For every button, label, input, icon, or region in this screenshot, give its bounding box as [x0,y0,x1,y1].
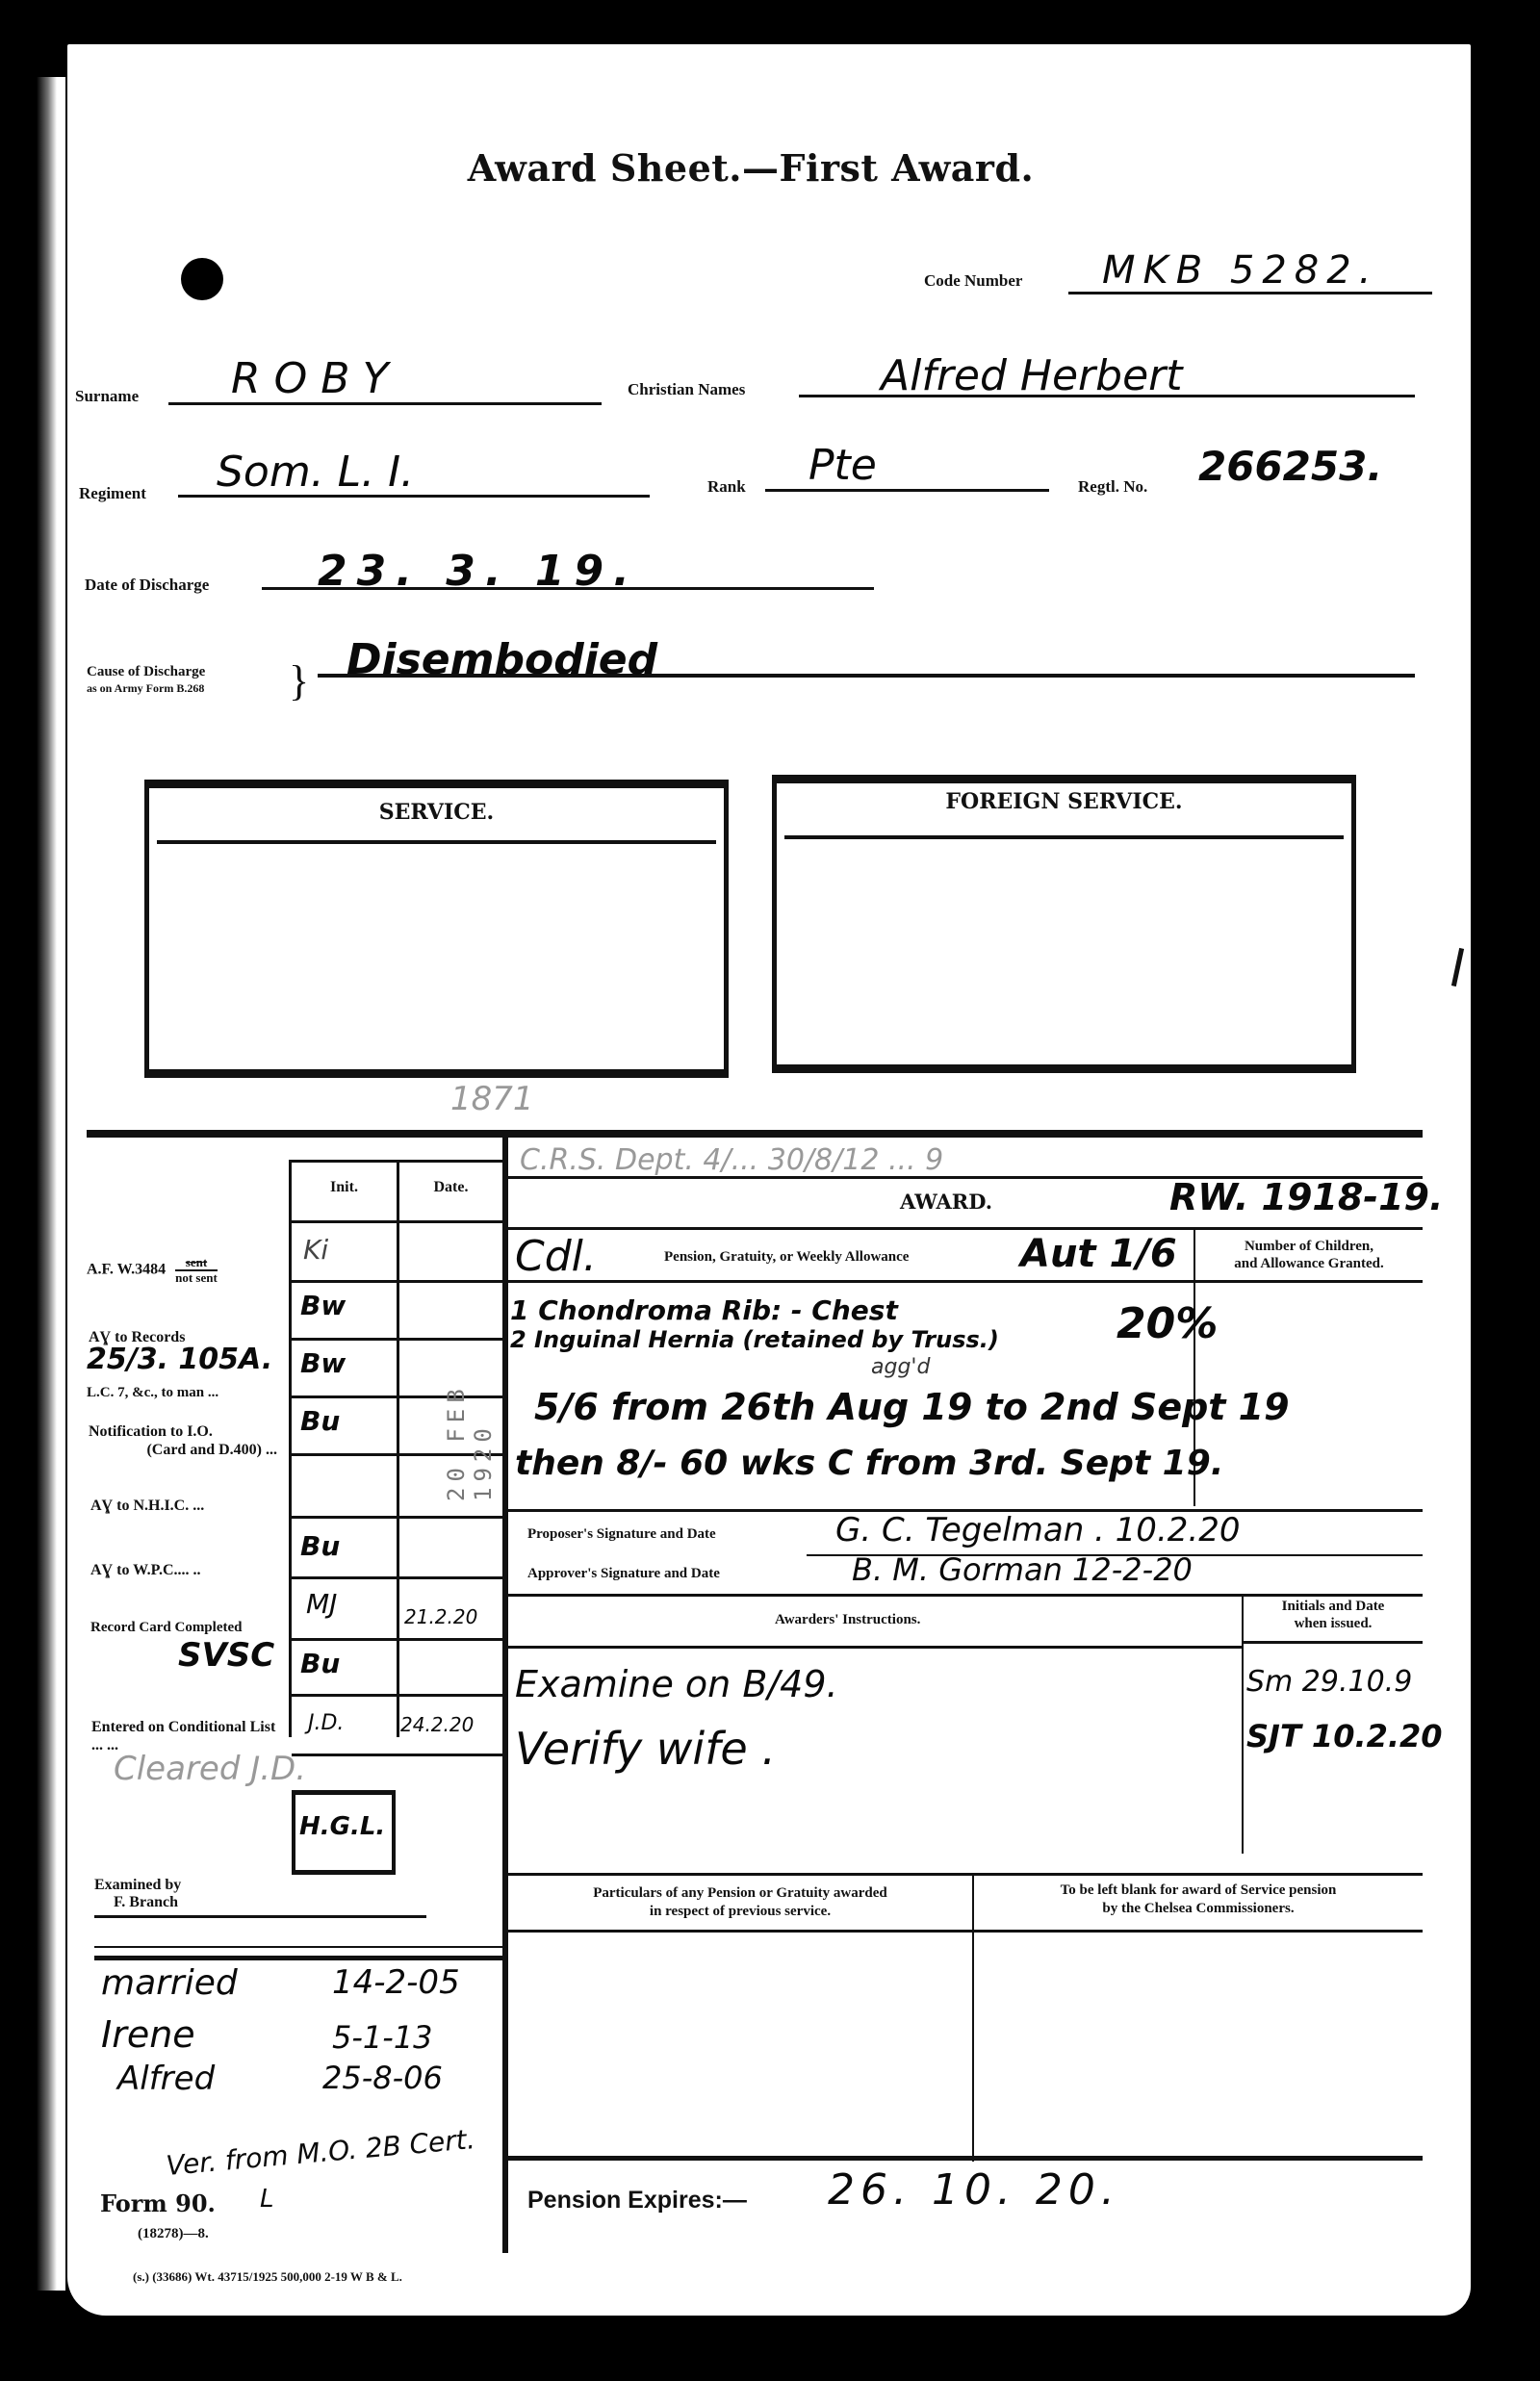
disability-percent: 20% [1116,1299,1218,1348]
regtl-no-label: Regtl. No. [1078,477,1147,497]
foreign-service-box-rule [784,835,1344,839]
code-number-label: Code Number [924,271,1022,291]
rank-label: Rank [707,477,746,497]
child-dob: 25-8-06 [322,2060,443,2096]
child-name: Alfred [117,2060,215,2098]
proposer-signature: G. C. Tegelman . 10.2.20 [835,1511,1240,1549]
regtl-no-value: 266253. [1198,443,1382,490]
service-box-title: SERVICE. [149,800,724,825]
cause-of-discharge-value: Disembodied [346,635,657,684]
row-rule [292,1754,502,1756]
award-header: AWARD. [900,1190,992,1214]
award-year-note: RW. 1918-19. [1169,1176,1443,1218]
award-header-rule [508,1227,1423,1230]
agg-note: agg'd [871,1355,930,1379]
surname-value: ROBY [231,354,402,403]
foreign-service-box-title: FOREIGN SERVICE. [777,789,1351,814]
main-divider [87,1130,1423,1138]
children-rule [1195,1280,1423,1283]
proposer-label: Proposer's Signature and Date [527,1526,716,1543]
date-of-discharge-value: 23. 3. 19. [318,547,639,596]
chelsea-header: To be left blank for award of Service pe… [976,1882,1421,1918]
init-value: Bw [300,1347,346,1379]
form-code: (18278)—8. [138,2226,209,2242]
row-label-svsc: SVSC [178,1636,274,1675]
row-rule [292,1280,502,1283]
sent-option: sent [175,1256,218,1271]
paper-edge [37,77,65,2291]
issued-header: Initials and Date when issued. [1246,1598,1420,1632]
page-title: Award Sheet.—First Award. [0,146,1501,190]
issued-entry: SJT 10.2.20 [1246,1718,1443,1754]
pension-rule [508,1280,1193,1283]
award-prefix: Cdl. [515,1232,597,1281]
init-col-left [289,1160,292,1737]
signature-bottom-rule [508,1594,1423,1597]
service-box: SERVICE. [144,780,729,1078]
prev-service-divider [972,1873,974,2162]
records-ref-value: 25/3. 105A. [87,1343,272,1376]
previous-service-header: Particulars of any Pension or Gratuity a… [510,1884,970,1921]
rank-value: Pte [808,441,877,490]
date-value: 21.2.20 [404,1605,477,1628]
christian-names-value: Alfred Herbert [881,351,1182,400]
init-value: Bu [300,1405,340,1437]
initials-stamp-box: H.G.L. [292,1790,396,1875]
regiment-value: Som. L. I. [217,448,414,497]
examined-by-label: Examined by F. Branch [94,1877,181,1911]
row-rule [292,1694,502,1697]
regiment-label: Regiment [79,484,146,503]
init-col-right [397,1160,399,1737]
pension-label: Pension, Gratuity, or Weekly Allowance [664,1249,909,1266]
init-value: MJ [306,1588,337,1620]
prev-service-header-rule [508,1930,1423,1933]
row-rule [292,1220,502,1223]
initials-stamp-value: H.G.L. [295,1795,392,1858]
row-label-nhic: AƔ to N.H.I.C. ... [90,1497,204,1515]
issued-header-rule [1244,1641,1423,1644]
form-mark: L [260,2185,274,2214]
foreign-service-box: FOREIGN SERVICE. [772,775,1356,1073]
issued-col-divider [1242,1594,1244,1854]
init-value: J.D. [308,1711,344,1735]
disability-line: 1 Chondroma Rib: - Chest [510,1294,898,1326]
form-number: Form 90. [100,2189,216,2217]
row-label-af-w3484: A.F. W.3484 sent not sent [87,1256,218,1285]
payment-line-2: then 8/- 60 wks C from 3rd. Sept 19. [515,1444,1223,1483]
surname-label: Surname [75,387,139,406]
not-sent-option: not sent [175,1271,218,1285]
instruction-line: Verify wife . [515,1723,776,1775]
init-value: Ki [303,1234,328,1266]
date-header: Date. [399,1179,502,1196]
brace-icon: } [289,656,309,705]
prev-service-bottom-rule [508,2156,1423,2161]
cause-of-discharge-label: Cause of Discharge as on Army Form B.268 [87,664,205,697]
instruction-line: Examine on B/49. [515,1663,838,1705]
family-rule-thick [94,1956,503,1960]
table-top-rule [289,1160,502,1163]
pension-expires-value: 26. 10. 20. [828,2165,1120,2215]
pencil-note-cleared: Cleared J.D. [114,1750,306,1788]
family-rule-thin [94,1946,503,1948]
approver-signature: B. M. Gorman 12-2-20 [852,1551,1193,1588]
examined-by-rule [94,1915,426,1918]
punch-hole [181,258,223,300]
init-value: Bu [300,1648,340,1679]
row-label-lc7: L.C. 7, &c., to man ... [87,1384,218,1402]
date-value: 24.2.20 [400,1713,474,1736]
instructions-header-rule [508,1646,1242,1649]
center-divider [502,1132,508,2253]
pencil-note-1871: 1871 [450,1080,534,1118]
row-rule [292,1638,502,1641]
instructions-header: Awarders' Instructions. [775,1612,920,1628]
row-label-notification: Notification to I.O. (Card and D.400) ..… [89,1422,277,1459]
children-header: Number of Children, and Allowance Grante… [1198,1238,1420,1272]
child-name: Irene [101,2013,195,2056]
init-value: Bu [300,1530,340,1562]
married-label: married [101,1963,238,2003]
printer-line: (s.) (33686) Wt. 43715/1925 500,000 2-19… [133,2269,402,2285]
row-rule [292,1576,502,1579]
cause-label-line2: as on Army Form B.268 [87,680,205,697]
issued-entry: Sm 29.10.9 [1246,1665,1412,1699]
received-date-stamp: 20 FEB 1920 [443,1290,497,1501]
row-rule [292,1516,502,1519]
payment-line-1: 5/6 from 26th Aug 19 to 2nd Sept 19 [534,1386,1290,1428]
cause-label-line1: Cause of Discharge [87,664,205,680]
pension-expires-label: Pension Expires:— [527,2187,747,2215]
row-label-record-card: Record Card Completed [90,1619,242,1637]
date-of-discharge-label: Date of Discharge [85,576,209,595]
init-header: Init. [292,1179,397,1196]
service-box-rule [157,840,716,844]
pension-value: Aut 1/6 [1020,1232,1177,1276]
pencil-note-award-top: C.R.S. Dept. 4/... 30/8/12 ... 9 [520,1143,943,1177]
code-number-value: MKB 5282. [1102,248,1378,293]
disability-line: 2 Inguinal Hernia (retained by Truss.) [510,1326,999,1353]
instructions-bottom-rule [508,1873,1423,1876]
christian-names-label: Christian Names [628,380,745,399]
init-value: Bw [300,1290,346,1321]
approver-label: Approver's Signature and Date [527,1566,720,1582]
married-date: 14-2-05 [332,1963,460,2002]
row-label-wpc: AƔ to W.P.C.... .. [90,1561,201,1579]
child-dob: 5-1-13 [332,2019,433,2056]
